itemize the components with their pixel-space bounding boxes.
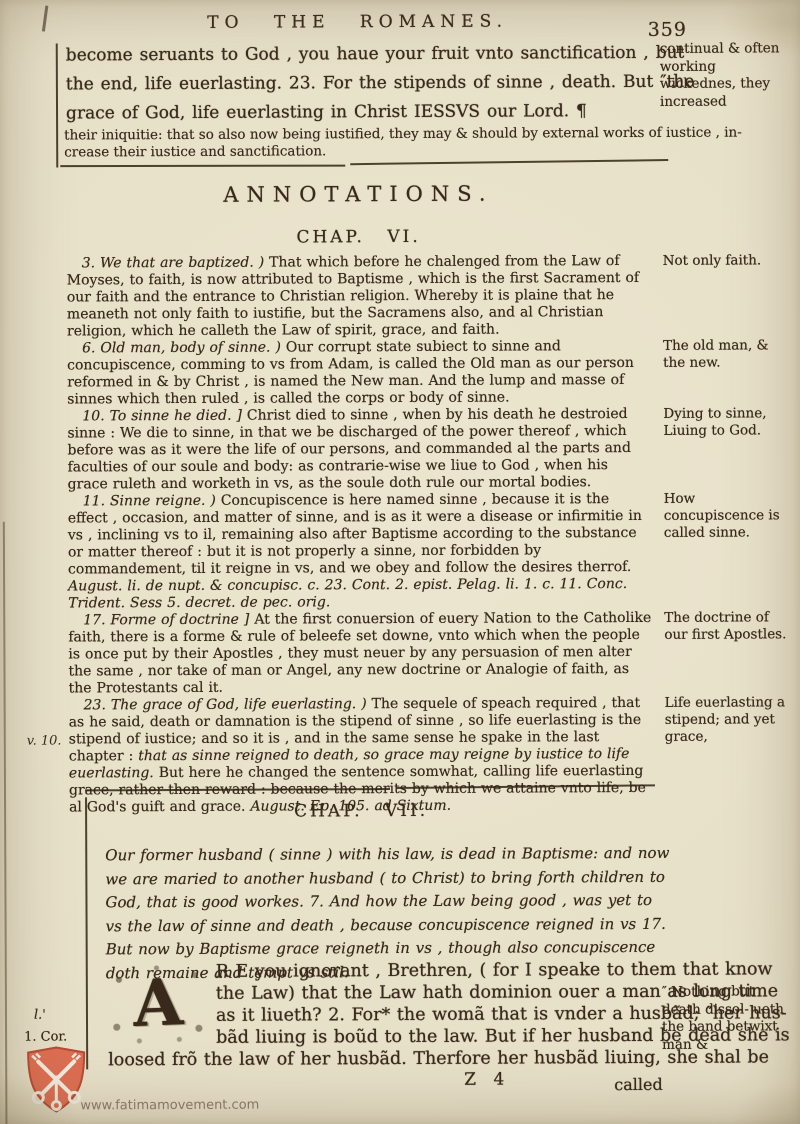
chapter-6-heading: CHAP. VI.: [59, 226, 659, 249]
ornate-dropcap: A: [106, 959, 209, 1049]
annotation-paragraph: 10. To sinne he died. ] Christ died to s…: [67, 406, 651, 494]
annotation-item: 3. We that are baptized. ) That which be…: [67, 252, 791, 340]
margin-note: How concupiscence is called sinne.: [664, 490, 791, 610]
verse-line: the end, life euerlasting. 23. For the s…: [66, 68, 654, 100]
running-title: TO THE ROMANES.: [58, 11, 658, 34]
annotation-item: 17. Forme of doctrine ] At the first con…: [68, 609, 792, 697]
left-margin-reference: 1. Cor.: [24, 1029, 67, 1044]
annotation-paragraph: 17. Forme of doctrine ] At the first con…: [68, 610, 652, 698]
margin-note: Life euerlasting a stipend; and yet grac…: [665, 694, 792, 814]
page-number: 359: [648, 19, 687, 41]
annotation-lead: 6. Old man, body of sinne. ): [82, 340, 281, 357]
annotation-paragraph: 23. The grace of God, life euerlasting. …: [69, 695, 654, 817]
annotations-heading: ANNOTATIONS.: [58, 181, 658, 208]
citation-text: August. li. de nupt. & concupisc. c. 23.…: [68, 576, 627, 611]
scan-edge-artifact: [3, 522, 8, 1124]
verse-line: grace of God, life euerlasting in Christ…: [66, 97, 654, 129]
papal-keys-crest-icon: [24, 1045, 88, 1113]
annotation-lead: 3. We that are baptized. ): [82, 255, 265, 272]
verse-line: become seruants to God , you haue your f…: [66, 39, 654, 71]
page-content: TO THE ROMANES. 359 become seruants to G…: [0, 0, 800, 1124]
section-rule: [60, 165, 345, 167]
left-margin-reference: l.': [34, 1008, 46, 1023]
scan-corner-artifact: [42, 5, 48, 31]
annotation-paragraph: 3. We that are baptized. ) That which be…: [67, 253, 651, 341]
margin-note: The old man, & the new.: [663, 337, 789, 406]
margin-note-bottom: ″ Nothing but death dissol- ueth the ban…: [662, 983, 794, 1054]
verse-line: loosed frõ the law of her husbãd. Therfo…: [108, 1047, 696, 1072]
watermark-url: www.fatimamovement.com: [80, 1098, 259, 1114]
scanned-book-page: TO THE ROMANES. 359 become seruants to G…: [0, 0, 800, 1124]
annotation-lead: 17. Forme of doctrine ]: [83, 612, 249, 629]
annotation-item: 11. Sinne reigne. ) Concupiscence is her…: [68, 490, 793, 612]
verse-marker-left: v. 10.: [27, 733, 62, 748]
annotation-paragraph: 11. Sinne reigne. ) Concupiscence is her…: [68, 491, 653, 613]
left-border-rule-bottom: [85, 797, 88, 1069]
commentary-small-text: their iniquitie: that so also now being …: [64, 124, 794, 161]
small-text-line: their iniquitie: that so also now being …: [64, 124, 794, 144]
verse-text-block-top: become seruants to God , you haue your f…: [66, 39, 654, 129]
margin-note: The doctrine of our first Apostles.: [664, 609, 790, 695]
margin-note: Dying to sinne, Liuing to God.: [663, 405, 789, 491]
annotation-lead: 11. Sinne reigne. ): [83, 493, 216, 510]
verse-text-block-bottom: A R E you ignorant , Brethren, ( for I s…: [108, 959, 696, 1072]
small-text-line: crease their iustice and sanctification.: [64, 141, 794, 161]
margin-note-top: continual & often working wickednes, the…: [660, 40, 792, 111]
annotation-lead: 10. To sinne he died. ]: [82, 408, 242, 425]
chapter-7-heading: CHAP. VII.: [61, 800, 661, 823]
annotation-item: 6. Old man, body of sinne. ) Our corrupt…: [67, 337, 791, 408]
margin-note: Not only faith.: [663, 252, 789, 338]
annotations-list: 3. We that are baptized. ) That which be…: [67, 252, 793, 816]
left-border-rule-top: [56, 43, 59, 167]
annotation-item: v. 10. 23. The grace of God, life euerla…: [69, 694, 794, 816]
catchword: called: [614, 1075, 663, 1094]
annotation-paragraph: 6. Old man, body of sinne. ) Our corrupt…: [67, 338, 651, 409]
printers-signature: Z 4: [464, 1070, 510, 1090]
annotation-lead: 23. The grace of God, life euerlasting. …: [84, 696, 367, 713]
annotation-item: 10. To sinne he died. ] Christ died to s…: [67, 405, 791, 493]
